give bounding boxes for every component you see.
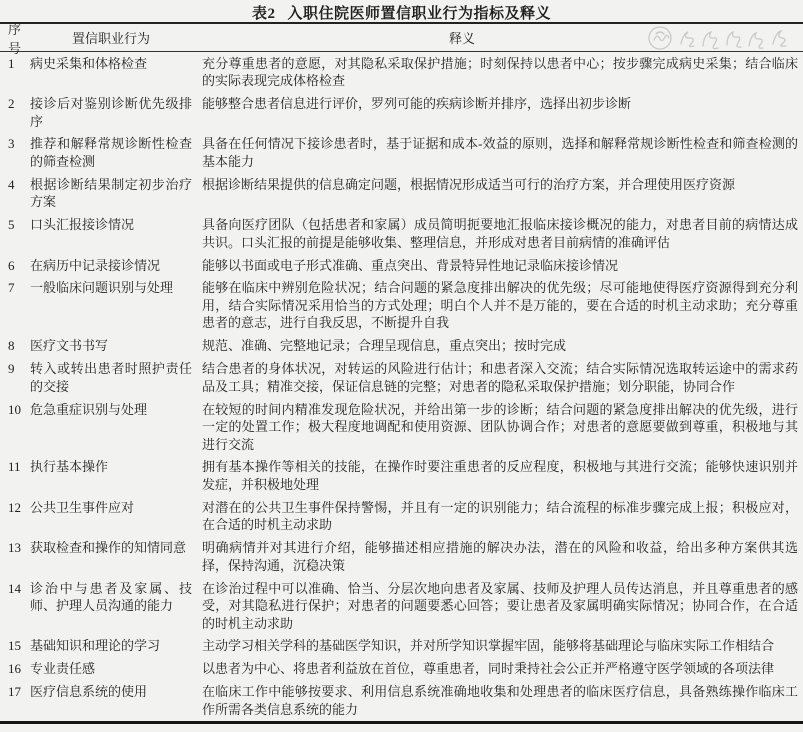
row-behavior: 转入或转出患者时照护责任的交接 xyxy=(30,360,192,395)
table-row: 8 医疗文书书写 规范、准确、完整地记录；合理呈现信息，重点突出；按时完成 xyxy=(0,335,803,358)
table-row: 3 推荐和解释常规诊断性检查的筛查检测 具备在任何情况下接诊患者时，基于证据和成… xyxy=(0,133,803,173)
row-behavior: 执行基本操作 xyxy=(30,458,192,476)
table-row: 4 根据诊断结果制定初步治疗方案 根据诊断结果提供的信息确定问题，根据情况形成适… xyxy=(0,173,803,213)
table-row: 16 专业责任感 以患者为中心、将患者利益放在首位，尊重患者，同时秉持社会公正并… xyxy=(0,658,803,681)
row-seq: 11 xyxy=(0,458,30,476)
table-row: 9 转入或转出患者时照护责任的交接 结合患者的身体状况，对转运的风险进行估计；和… xyxy=(0,358,803,398)
row-definition: 根据诊断结果提供的信息确定问题，根据情况形成适当可行的治疗方案，并合理使用医疗资… xyxy=(202,176,803,194)
row-definition: 能够在临床中辨别危险状况；结合问题的紧急度排出解决的优先级；尽可能地使得医疗资源… xyxy=(202,279,803,332)
row-definition: 规范、准确、完整地记录；合理呈现信息，重点突出；按时完成 xyxy=(202,337,803,355)
table-bottom-rule xyxy=(0,721,803,724)
row-definition: 结合患者的身体状况，对转运的风险进行估计；和患者深入交流；结合实际情况选取转运途… xyxy=(202,360,803,395)
table-row: 10 危急重症识别与处理 在较短的时间内精准发现危险状况，并给出第一步的诊断；结… xyxy=(0,398,803,456)
row-definition: 具备在任何情况下接诊患者时，基于证据和成本-效益的原则，选择和解释常规诊断性检查… xyxy=(202,135,803,170)
row-seq: 15 xyxy=(0,637,30,655)
row-behavior: 获取检查和操作的知情同意 xyxy=(30,539,192,557)
table-row: 15 基础知识和理论的学习 主动学习相关学科的基础医学知识，并对所学知识掌握牢固… xyxy=(0,635,803,658)
row-definition: 充分尊重患者的意愿，对其隐私采取保护措施；时刻保持以患者中心；按步骤完成病史采集… xyxy=(202,55,803,90)
row-definition: 拥有基本操作等相关的技能，在操作时要注重患者的反应程度，积极地与其进行交流；能够… xyxy=(202,458,803,493)
row-behavior: 病史采集和体格检查 xyxy=(30,55,192,73)
table-header-row: 序号 置信职业行为 释义 xyxy=(0,24,803,52)
row-seq: 2 xyxy=(0,95,30,113)
header-definition: 释义 xyxy=(164,28,765,47)
epa-table: 序号 置信职业行为 释义 1 病史采集和体格检查 充分尊重患者的意愿，对其隐私采… xyxy=(0,22,803,724)
row-behavior: 医疗信息系统的使用 xyxy=(30,683,192,701)
row-seq: 14 xyxy=(0,580,30,598)
row-definition: 明确病情并对其进行介绍，能够描述相应措施的解决办法，潜在的风险和收益，给出多种方… xyxy=(202,539,803,574)
row-definition: 能够以书面或电子形式准确、重点突出、背景特异性地记录临床接诊情况 xyxy=(202,257,803,275)
row-definition: 以患者为中心、将患者利益放在首位，尊重患者，同时秉持社会公正并严格遵守医学领域的… xyxy=(202,660,803,678)
row-behavior: 基础知识和理论的学习 xyxy=(30,637,192,655)
table-body: 1 病史采集和体格检查 充分尊重患者的意愿，对其隐私采取保护措施；时刻保持以患者… xyxy=(0,52,803,721)
table-row: 11 执行基本操作 拥有基本操作等相关的技能，在操作时要注重患者的反应程度，积极… xyxy=(0,456,803,496)
row-seq: 16 xyxy=(0,660,30,678)
table-row: 6 在病历中记录接诊情况 能够以书面或电子形式准确、重点突出、背景特异性地记录临… xyxy=(0,254,803,277)
row-behavior: 诊治中与患者及家属、技师、护理人员沟通的能力 xyxy=(30,580,192,615)
scanned-paper-page: 表2 入职住院医师置信职业行为指标及释义 序号 置信职业行为 释义 1 病史采集… xyxy=(0,0,803,732)
row-definition: 在较短的时间内精准发现危险状况，并给出第一步的诊断；结合问题的紧急度排出解决的优… xyxy=(202,401,803,454)
table-row: 17 医疗信息系统的使用 在临床工作中能够按要求、利用信息系统准确地收集和处理患… xyxy=(0,681,803,721)
row-behavior: 危急重症识别与处理 xyxy=(30,401,192,419)
row-seq: 12 xyxy=(0,499,30,517)
row-behavior: 专业责任感 xyxy=(30,660,192,678)
row-seq: 13 xyxy=(0,539,30,557)
row-definition: 具备向医疗团队（包括患者和家属）成员简明扼要地汇报临床接诊概况的能力，对患者目前… xyxy=(202,216,803,251)
header-seq: 序号 xyxy=(0,19,30,57)
row-seq: 10 xyxy=(0,401,30,419)
table-number-label: 表2 xyxy=(252,2,276,23)
row-seq: 7 xyxy=(0,279,30,297)
row-behavior: 推荐和解释常规诊断性检查的筛查检测 xyxy=(30,135,192,170)
row-seq: 17 xyxy=(0,683,30,701)
row-definition: 主动学习相关学科的基础医学知识，并对所学知识掌握牢固，能够将基础理论与临床实际工… xyxy=(202,637,803,655)
row-definition: 在临床工作中能够按要求、利用信息系统准确地收集和处理患者的临床医疗信息，具备熟练… xyxy=(202,683,803,718)
table-row: 1 病史采集和体格检查 充分尊重患者的意愿，对其隐私采取保护措施；时刻保持以患者… xyxy=(0,52,803,92)
row-seq: 4 xyxy=(0,176,30,194)
row-seq: 1 xyxy=(0,55,30,73)
row-seq: 9 xyxy=(0,360,30,378)
row-seq: 3 xyxy=(0,135,30,153)
row-behavior: 在病历中记录接诊情况 xyxy=(30,257,192,275)
row-definition: 能够整合患者信息进行评价，罗列可能的疾病诊断并排序，选择出初步诊断 xyxy=(202,95,803,113)
table-row: 5 口头汇报接诊情况 具备向医疗团队（包括患者和家属）成员简明扼要地汇报临床接诊… xyxy=(0,214,803,254)
table-title: 表2 入职住院医师置信职业行为指标及释义 xyxy=(0,0,803,22)
table-row: 12 公共卫生事件应对 对潜在的公共卫生事件保持警惕，并且有一定的识别能力；结合… xyxy=(0,496,803,536)
table-title-text: 入职住院医师置信职业行为指标及释义 xyxy=(288,2,552,23)
row-seq: 6 xyxy=(0,257,30,275)
row-behavior: 医疗文书书写 xyxy=(30,337,192,355)
row-behavior: 根据诊断结果制定初步治疗方案 xyxy=(30,176,192,211)
row-behavior: 口头汇报接诊情况 xyxy=(30,216,192,234)
table-row: 13 获取检查和操作的知情同意 明确病情并对其进行介绍，能够描述相应措施的解决办… xyxy=(0,537,803,577)
table-row: 2 接诊后对鉴别诊断优先级排序 能够整合患者信息进行评价，罗列可能的疾病诊断并排… xyxy=(0,92,803,132)
row-definition: 对潜在的公共卫生事件保持警惕，并且有一定的识别能力；结合流程的标准步骤完成上报；… xyxy=(202,499,803,534)
row-behavior: 公共卫生事件应对 xyxy=(30,499,192,517)
row-seq: 5 xyxy=(0,216,30,234)
table-row: 14 诊治中与患者及家属、技师、护理人员沟通的能力 在诊治过程中可以准确、恰当、… xyxy=(0,577,803,635)
row-behavior: 一般临床问题识别与处理 xyxy=(30,279,192,297)
row-behavior: 接诊后对鉴别诊断优先级排序 xyxy=(30,95,192,130)
table-row: 7 一般临床问题识别与处理 能够在临床中辨别危险状况；结合问题的紧急度排出解决的… xyxy=(0,277,803,335)
row-definition: 在诊治过程中可以准确、恰当、分层次地向患者及家属、技师及护理人员传达消息，并且尊… xyxy=(202,580,803,633)
row-seq: 8 xyxy=(0,337,30,355)
